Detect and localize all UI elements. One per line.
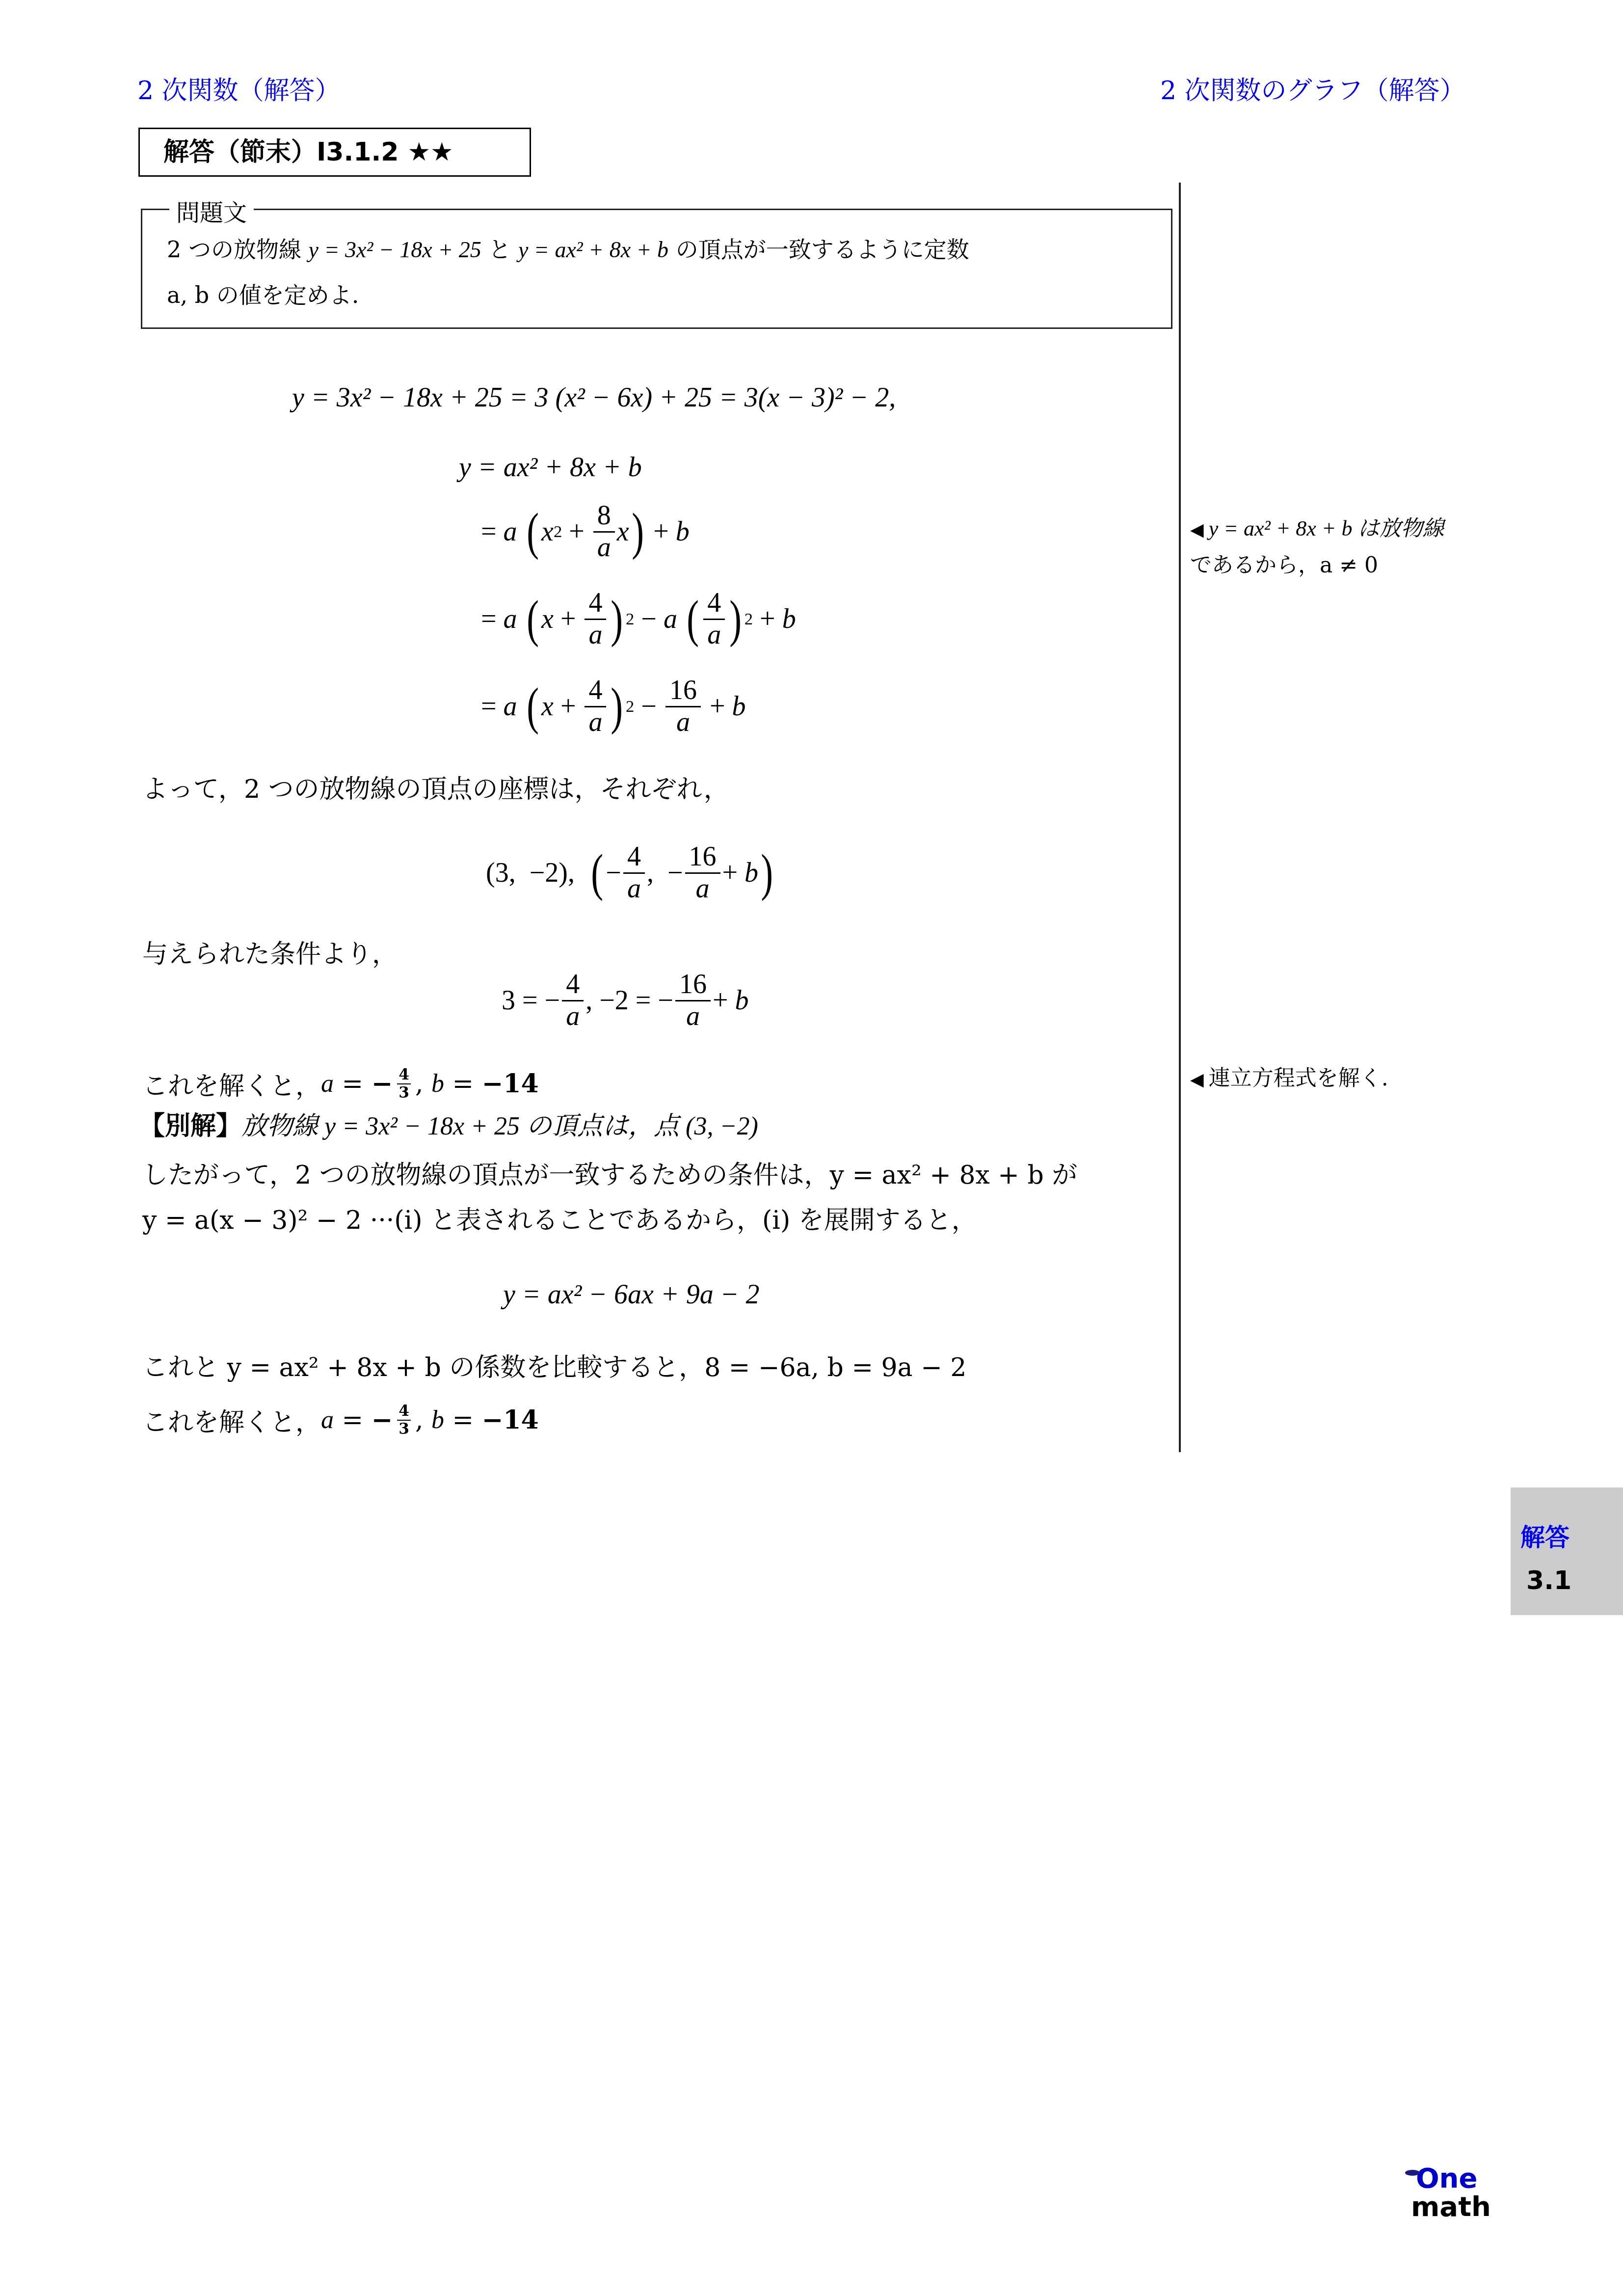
triangle-left-icon: ◀ <box>1190 1070 1204 1090</box>
expanded-equation: y = ax² − 6ax + 9a − 2 <box>503 1279 760 1310</box>
condition-equations: 3 = −4a, −2 = −16a+ b <box>502 970 749 1031</box>
logo-one: One <box>1416 2165 1477 2192</box>
logo-text-one: One <box>1416 2162 1477 2194</box>
margin-note-solve: ◀連立方程式を解く. <box>1190 1060 1388 1097</box>
vertex-coordinates: (3, −2), (−4a, −16a+ b) <box>486 842 776 904</box>
alt-solution-label: 【別解】 <box>139 1111 241 1141</box>
margin-divider <box>1179 183 1181 1452</box>
chapter-tab-number: 3.1 <box>1526 1566 1571 1595</box>
condition-intro: 与えられた条件より， <box>142 942 398 967</box>
logo-swoosh-icon <box>1405 2170 1420 2176</box>
problem-text: 2 つの放物線 <box>167 236 309 263</box>
logo-math: math <box>1411 2193 1491 2221</box>
alt-solution-line-3: y = a(x − 3)² − 2 ···(i) と表されることであるから，(i… <box>142 1208 977 1233</box>
alt-solution-text: 放物線 y = 3x² − 18x + 25 の頂点は，点 (3, −2) <box>241 1112 758 1140</box>
margin-note-text: y = ax² + 8x + b は放物線 <box>1209 516 1444 540</box>
result-line-1: これを解くと， a = −43, b = −14 <box>142 1065 539 1102</box>
equation-completing-square-1: y = 3x² − 18x + 25 = 3 (x² − 6x) + 25 = … <box>292 382 896 413</box>
problem-equation-2: y = ax² + 8x + b <box>518 237 668 262</box>
equation-line-4: = a (x + 4a)2 − 16a + b <box>481 675 745 737</box>
equation-line-1: y = ax² + 8x + b <box>459 452 642 483</box>
chapter-tab-label: 解答 <box>1520 1518 1570 1553</box>
problem-title: 解答（節末）I3.1.2 ★★ <box>138 128 531 177</box>
problem-text: と <box>481 236 518 263</box>
problem-legend: 問題文 <box>169 194 254 228</box>
margin-note-nonzero: ◀y = ax² + 8x + b は放物線 であるから，a ≠ 0 <box>1190 511 1444 584</box>
vertex-intro: よって，2 つの放物線の頂点の座標は，それぞれ， <box>142 777 729 802</box>
equation-line-2: = a (x2 + 8ax) + b <box>481 501 690 563</box>
header-chapter: 2 次関数（解答） <box>137 70 341 107</box>
triangle-left-icon: ◀ <box>1190 520 1204 540</box>
problem-line-2: a, b の値を定めよ. <box>167 284 359 306</box>
coefficient-comparison: これと y = ax² + 8x + b の係数を比較すると，8 = −6a, … <box>142 1355 966 1380</box>
margin-note-text: であるから，a ≠ 0 <box>1190 547 1444 584</box>
margin-note-text: 連立方程式を解く. <box>1209 1066 1388 1091</box>
result-text: これを解くと， <box>142 1402 321 1438</box>
result-line-2: これを解くと， a = −43, b = −14 <box>142 1402 539 1438</box>
alt-solution-line-2: したがって，2 つの放物線の頂点が一致するための条件は，y = ax² + 8x… <box>142 1162 1077 1188</box>
problem-equation-1: y = 3x² − 18x + 25 <box>309 237 481 262</box>
problem-line-1: 2 つの放物線 y = 3x² − 18x + 25 と y = ax² + 8… <box>167 238 969 261</box>
problem-box <box>141 209 1172 329</box>
alt-solution-line-1: 【別解】放物線 y = 3x² − 18x + 25 の頂点は，点 (3, −2… <box>139 1113 758 1139</box>
result-text: これを解くと， <box>142 1065 321 1102</box>
header-section: 2 次関数のグラフ（解答） <box>1160 70 1465 107</box>
problem-text: の頂点が一致するように定数 <box>668 236 969 263</box>
equation-line-3: = a (x + 4a)2 − a (4a)2 + b <box>481 588 796 650</box>
